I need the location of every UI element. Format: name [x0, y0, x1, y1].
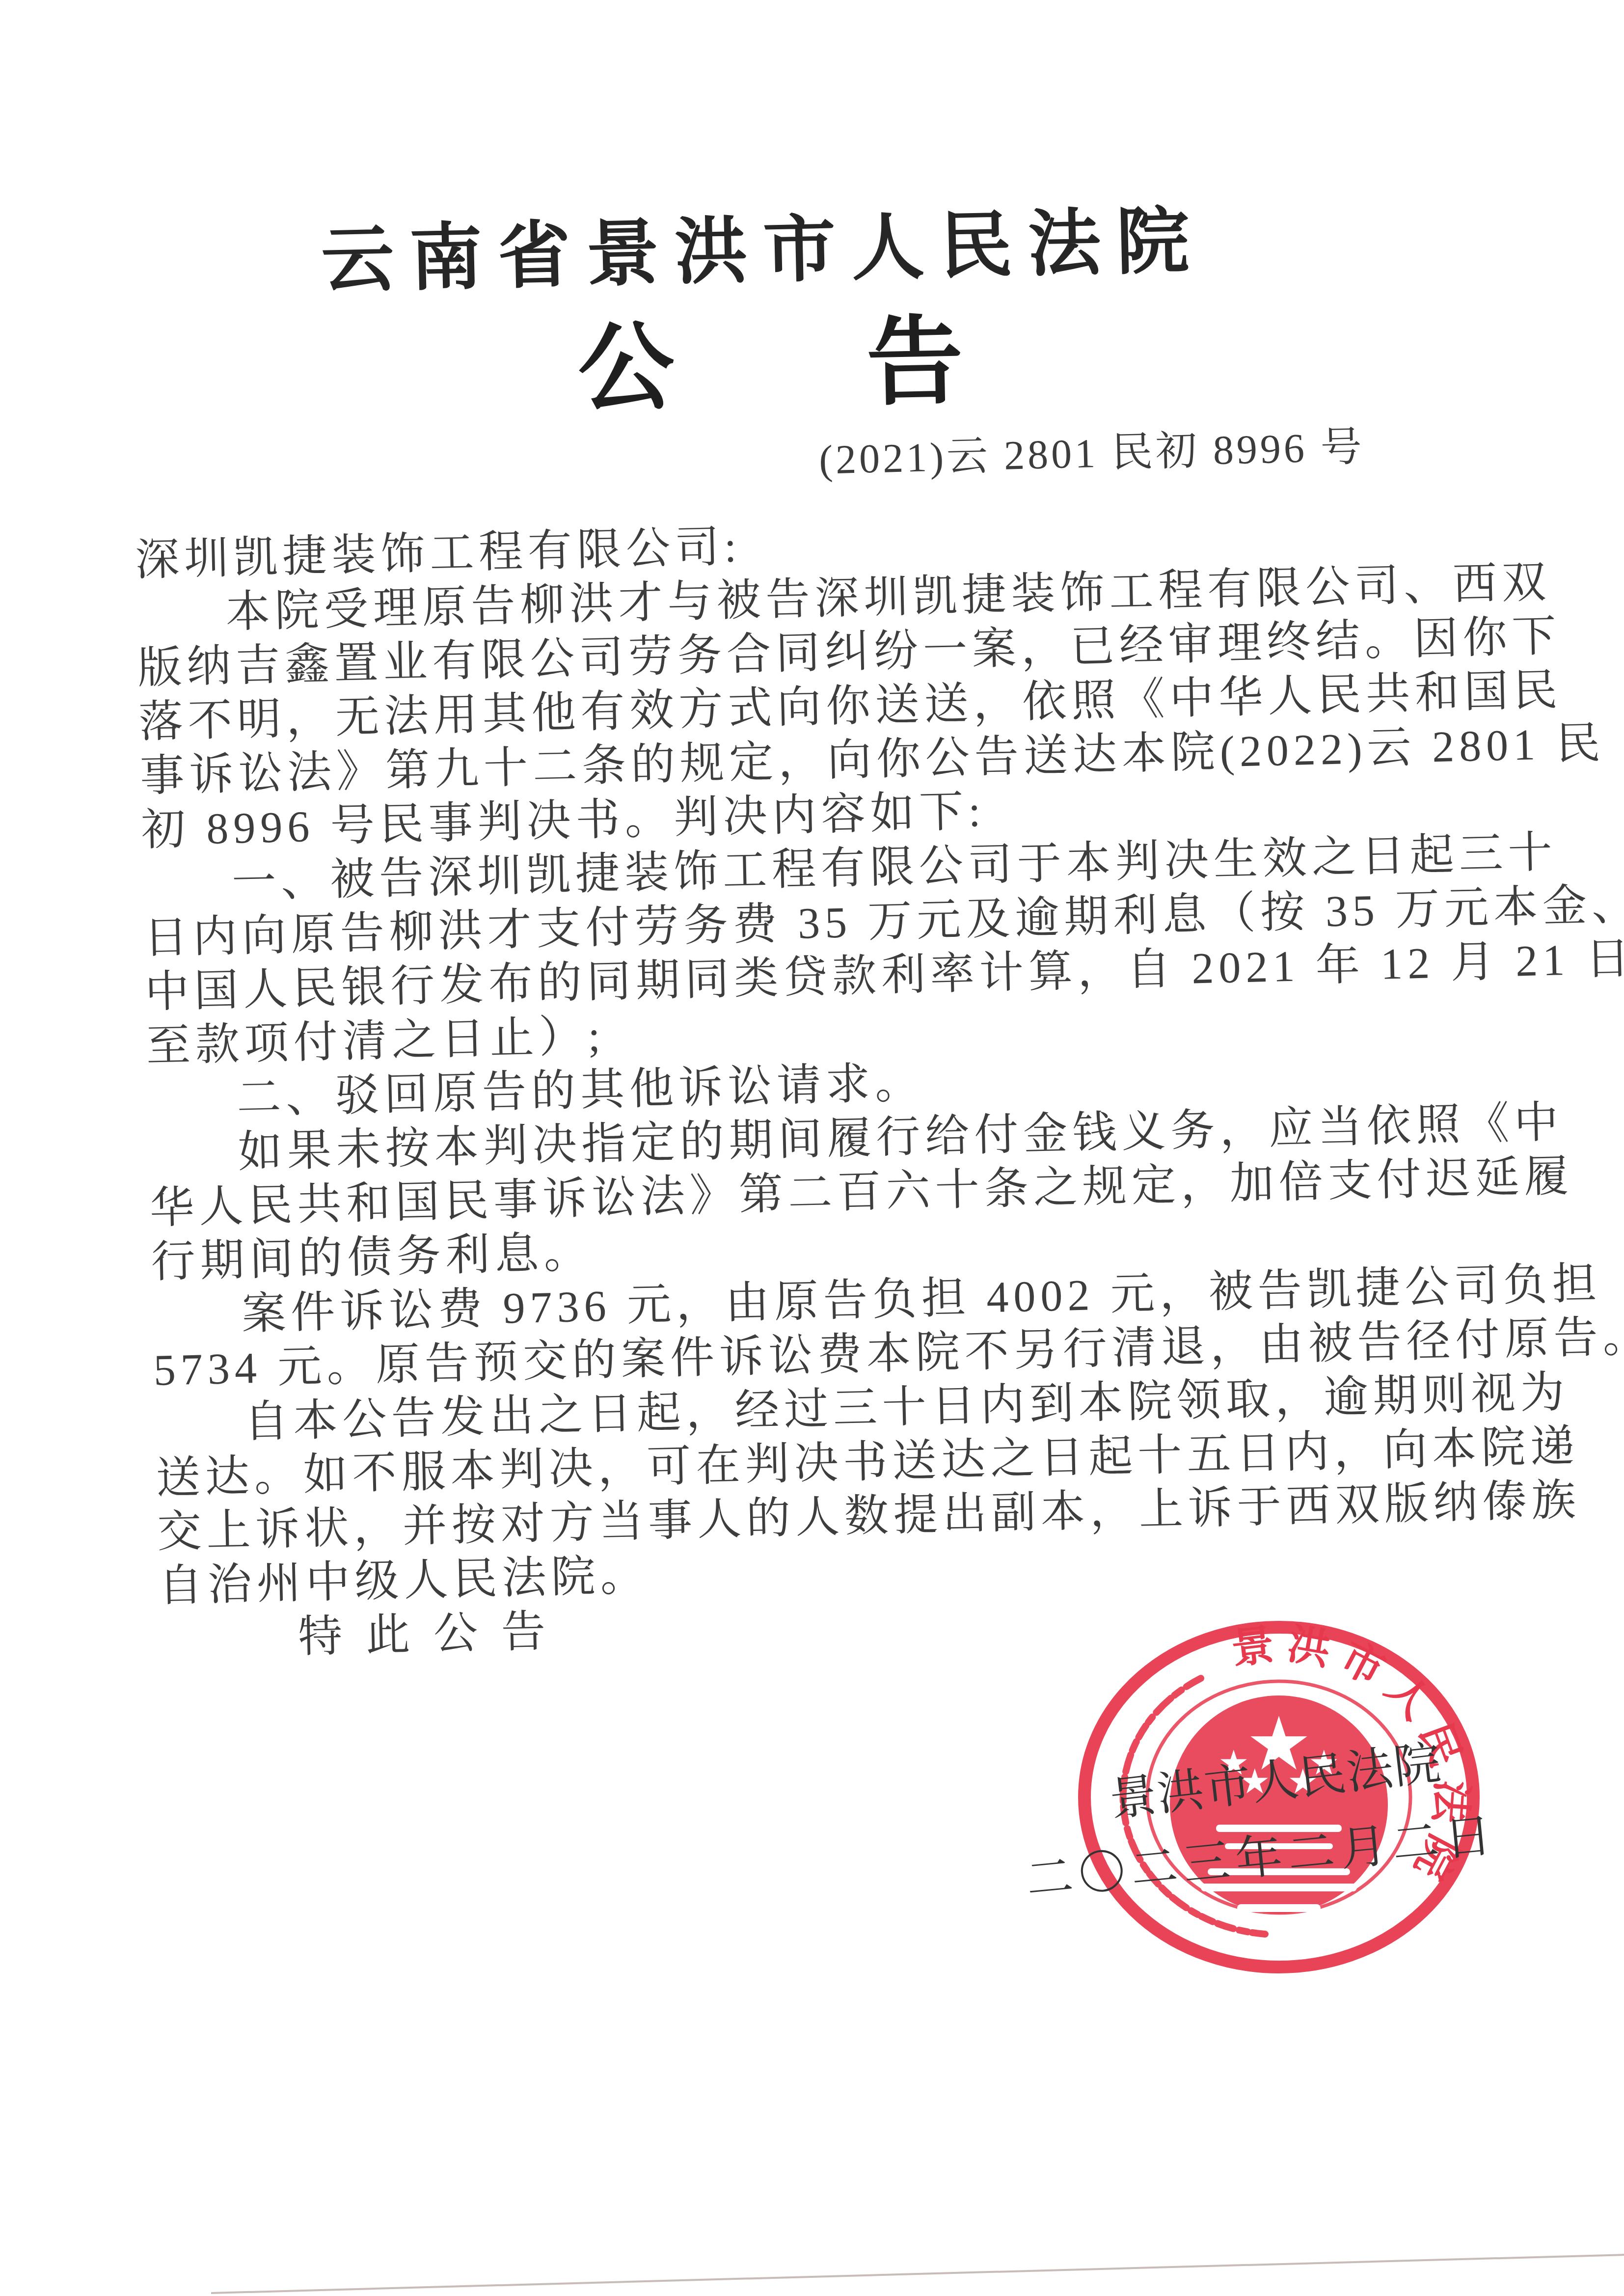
emblem-ribbon	[1237, 1904, 1321, 1912]
court-announcement-document: 云南省景洪市人民法院 公告 (2021)云 2801 民初 8996 号 深圳凯…	[0, 0, 1624, 2296]
announcement-body: 深圳凯捷装饰工程有限公司: 本院受理原告柳洪才与被告深圳凯捷装饰工程有限公司、西…	[135, 503, 1495, 1667]
scan-edge-artifact-line	[211, 2254, 1624, 2294]
emblem-ribbon	[1260, 1920, 1298, 1927]
